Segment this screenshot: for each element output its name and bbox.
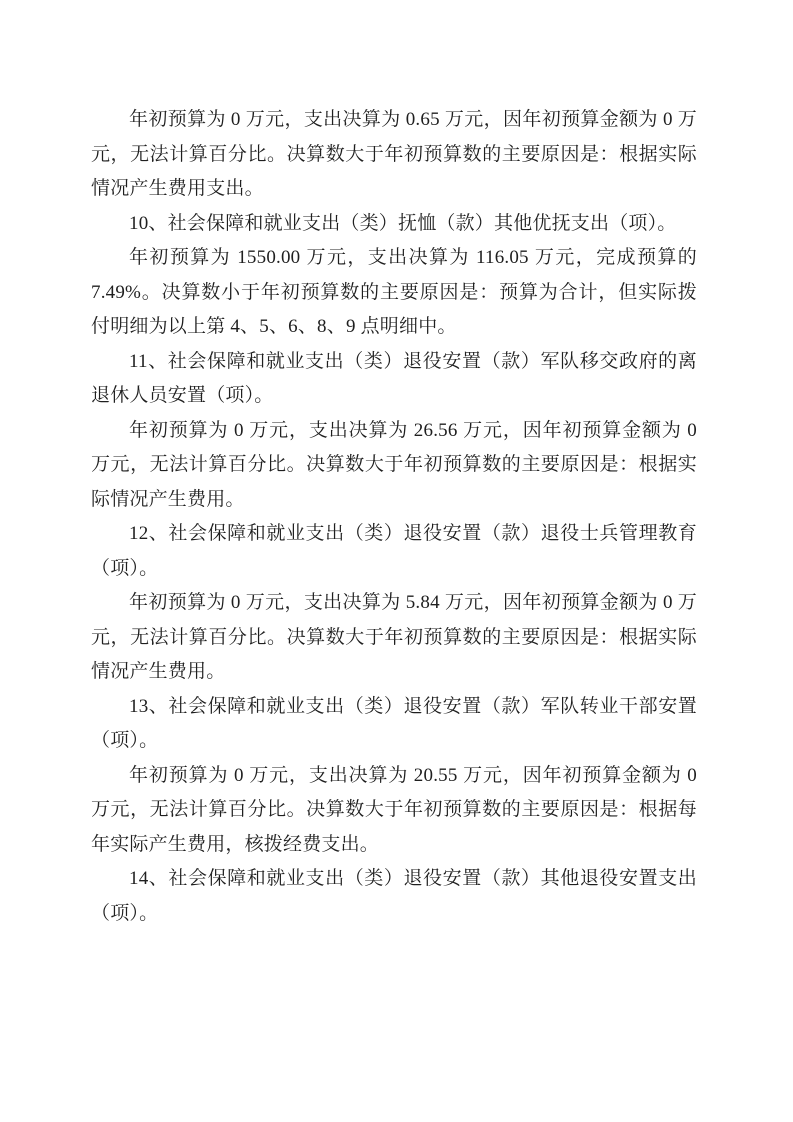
item-12-detail: 年初预算为 0 万元，支出决算为 5.84 万元，因年初预算金额为 0 万元，无… xyxy=(91,586,697,690)
item-10-detail: 年初预算为 1550.00 万元，支出决算为 116.05 万元，完成预算的 7… xyxy=(91,241,697,345)
item-13-detail: 年初预算为 0 万元，支出决算为 20.55 万元，因年初预算金额为 0 万元，… xyxy=(91,759,697,863)
item-12-heading: 12、社会保障和就业支出（类）退役安置（款）退役士兵管理教育（项）。 xyxy=(91,517,697,586)
item-11-heading: 11、社会保障和就业支出（类）退役安置（款）军队移交政府的离退休人员安置（项）。 xyxy=(91,345,697,414)
item-9-detail-continued: 年初预算为 0 万元，支出决算为 0.65 万元，因年初预算金额为 0 万元，无… xyxy=(91,103,697,207)
item-14-heading: 14、社会保障和就业支出（类）退役安置（款）其他退役安置支出（项）。 xyxy=(91,862,697,931)
item-11-detail: 年初预算为 0 万元，支出决算为 26.56 万元，因年初预算金额为 0 万元，… xyxy=(91,414,697,518)
document-body: 年初预算为 0 万元，支出决算为 0.65 万元，因年初预算金额为 0 万元，无… xyxy=(91,103,697,931)
item-13-heading: 13、社会保障和就业支出（类）退役安置（款）军队转业干部安置（项）。 xyxy=(91,690,697,759)
item-10-heading: 10、社会保障和就业支出（类）抚恤（款）其他优抚支出（项）。 xyxy=(91,207,697,242)
document-page: 年初预算为 0 万元，支出决算为 0.65 万元，因年初预算金额为 0 万元，无… xyxy=(0,0,793,1122)
